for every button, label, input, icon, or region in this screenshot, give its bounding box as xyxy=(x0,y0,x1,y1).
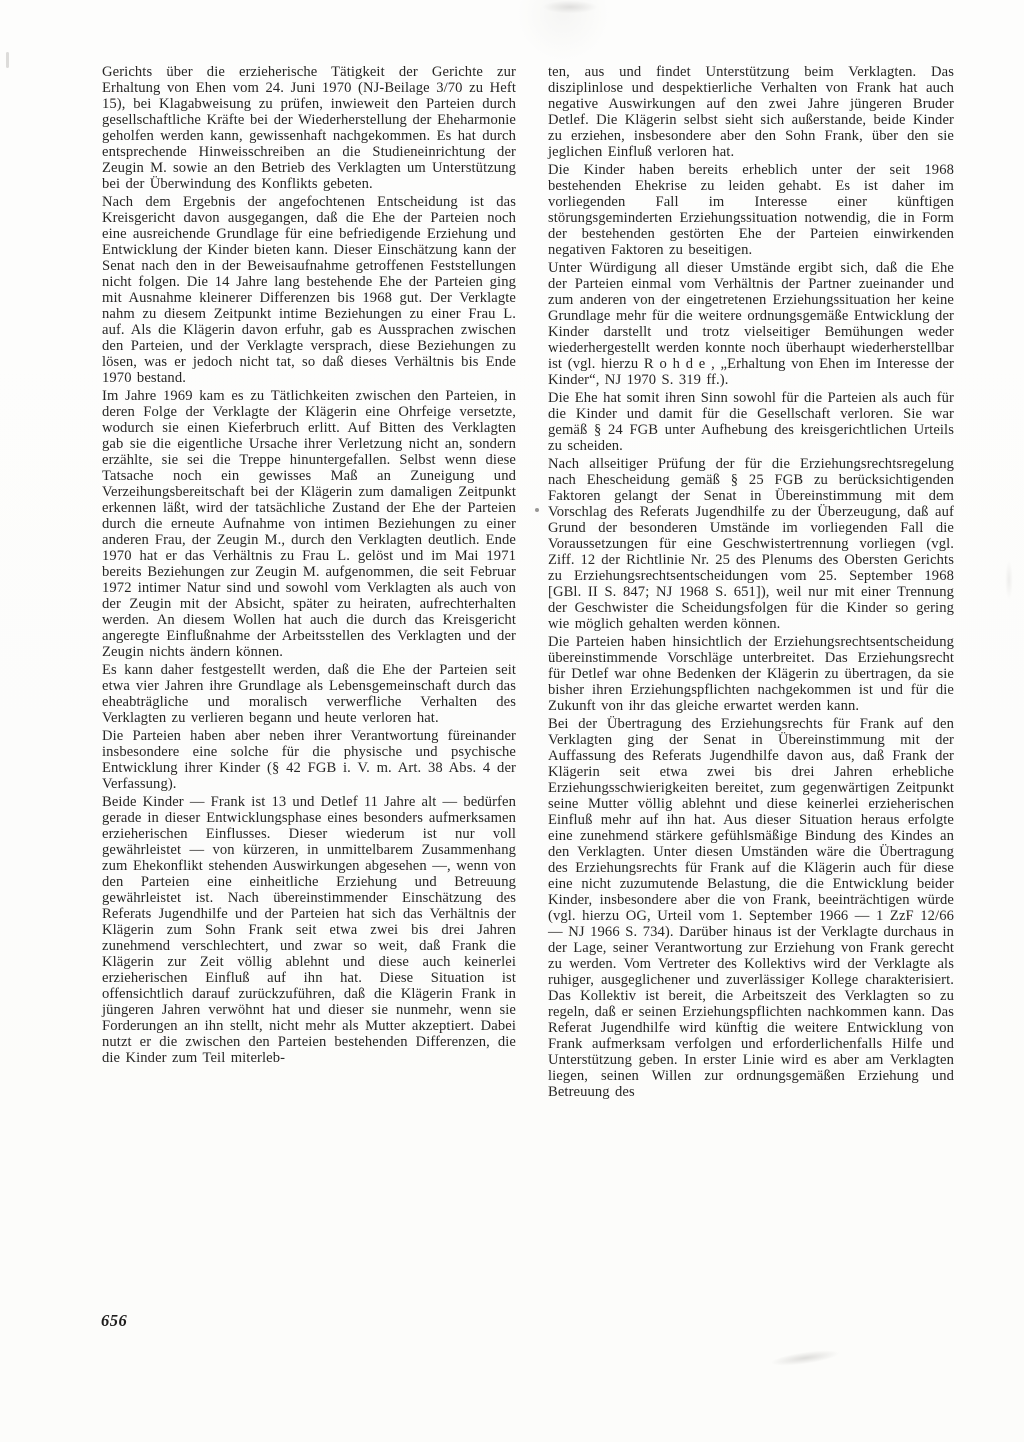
paragraph: Die Parteien haben aber neben ihrer Vera… xyxy=(102,728,516,792)
paragraph: Nach allseitiger Prüfung der für die Erz… xyxy=(548,456,954,632)
paragraph: Beide Kinder — Frank ist 13 und Detlef 1… xyxy=(102,794,516,1066)
scan-smudge xyxy=(540,0,600,14)
paragraph: Die Ehe hat somit ihren Sinn sowohl für … xyxy=(548,390,954,454)
paragraph: Nach dem Ergebnis der angefochtenen Ents… xyxy=(102,194,516,386)
paragraph: Gerichts über die erzieherische Tätigkei… xyxy=(102,64,516,192)
paragraph: Unter Würdigung all dieser Umstände ergi… xyxy=(548,260,954,388)
scan-smudge xyxy=(535,508,539,512)
right-text-column: ten, aus und findet Unterstützung beim V… xyxy=(548,64,954,1102)
scan-smudge xyxy=(770,1347,841,1369)
left-text-column: Gerichts über die erzieherische Tätigkei… xyxy=(102,64,516,1068)
paragraph: Die Parteien haben hinsichtlich der Erzi… xyxy=(548,634,954,714)
paragraph: Bei der Übertragung des Erziehungsrechts… xyxy=(548,716,954,1100)
paragraph: ten, aus und findet Unterstützung beim V… xyxy=(548,64,954,160)
scan-smudge xyxy=(1005,560,1013,600)
scanned-journal-page: Gerichts über die erzieherische Tätigkei… xyxy=(0,0,1024,1442)
paragraph: Es kann daher festgestellt werden, daß d… xyxy=(102,662,516,726)
page-number: 656 xyxy=(101,1311,127,1331)
paragraph: Im Jahre 1969 kam es zu Tätlichkeiten zw… xyxy=(102,388,516,660)
paragraph: Die Kinder haben bereits erheblich unter… xyxy=(548,162,954,258)
scan-smudge xyxy=(6,52,9,68)
